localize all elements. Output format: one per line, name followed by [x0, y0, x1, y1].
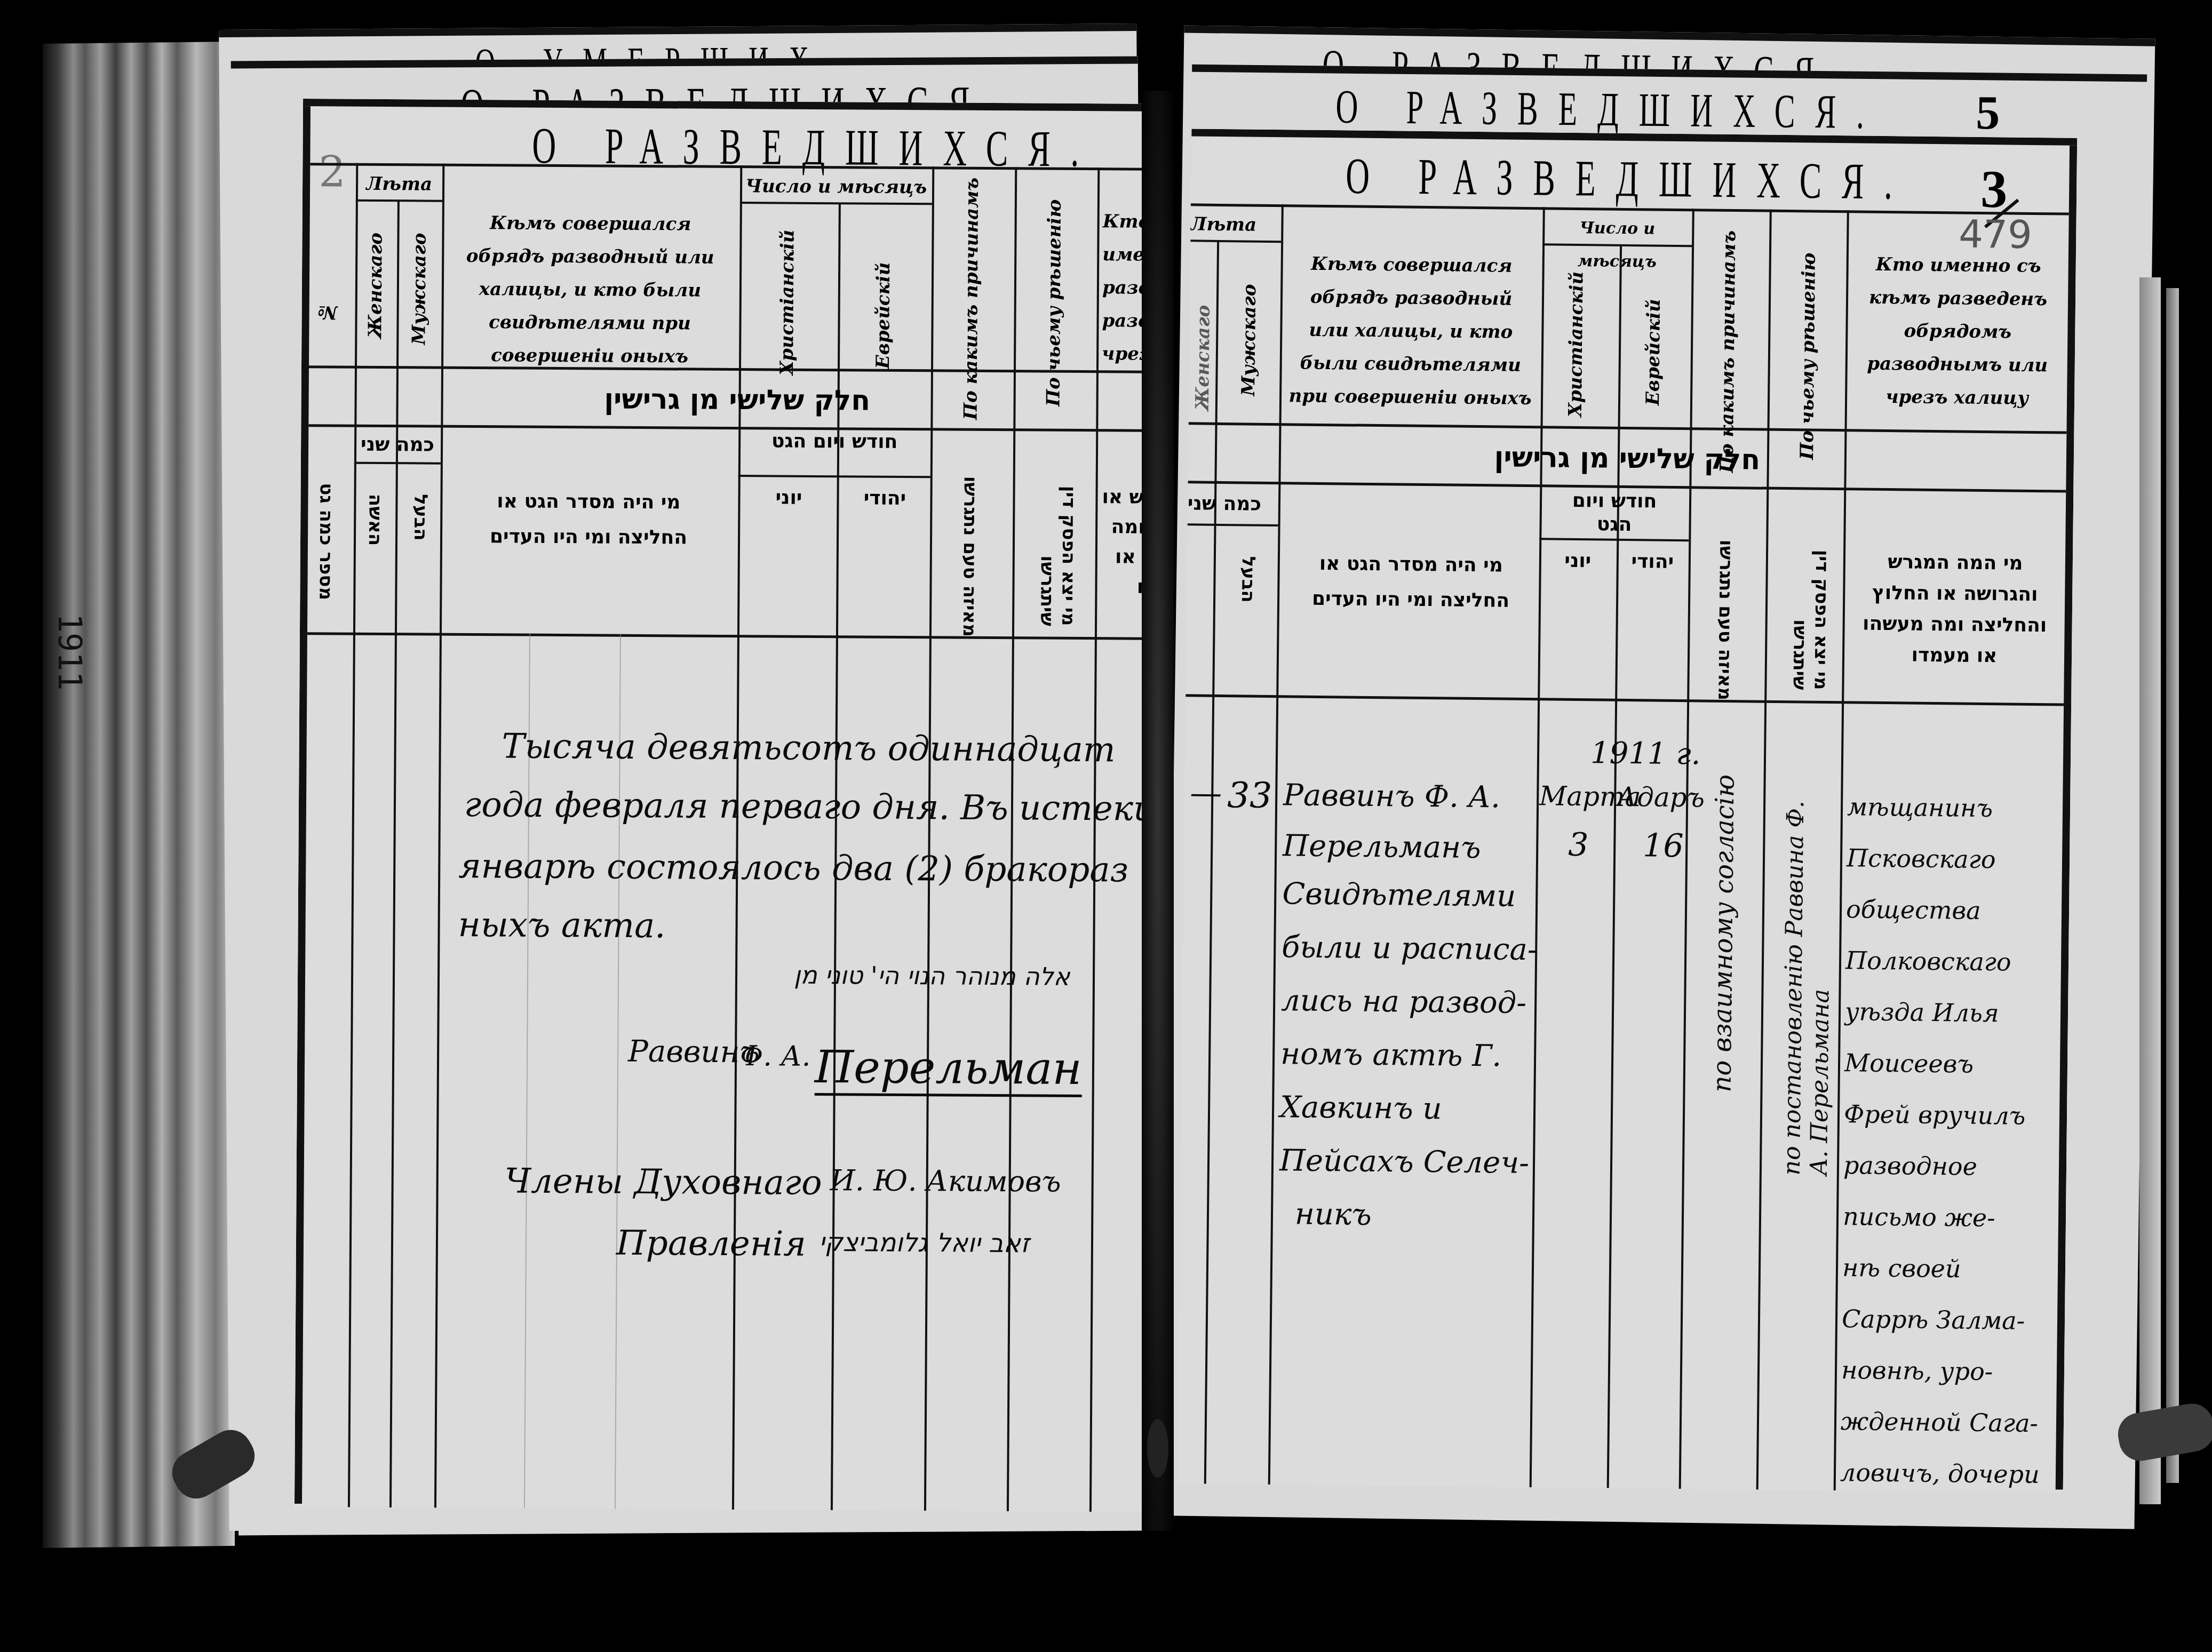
- margin-note: 1911: [51, 613, 88, 691]
- entry-who-line: ловичъ, дочери: [1840, 1447, 2054, 1493]
- entry-line: ныхъ акта.: [458, 905, 665, 946]
- he-header-husband: הבעל: [410, 494, 432, 541]
- he-header-date-group: חודש ויום הגט: [1555, 489, 1673, 537]
- header-male: Мужскаго: [408, 233, 430, 345]
- hebrew-note: אלה מנוהר הנוי הי' טוני מן: [794, 961, 1070, 991]
- header-reasons: По какимъ причинамъ: [960, 178, 983, 420]
- header-by-whom: Кѣмъ совершался обрядъ разводный или хал…: [451, 206, 729, 373]
- entry-officiant-line: Хавкинъ и: [1280, 1090, 1442, 1126]
- signature-member-1: И. Ю. Акимовъ: [830, 1163, 1061, 1199]
- right-page-edge: [2166, 288, 2179, 1483]
- entry-age-male: 33: [1227, 775, 1272, 816]
- entry-who-block: мѣщанинъ Псковскаго общества Полковскаго…: [1839, 781, 2061, 1493]
- header-by-whom: Кѣмъ совершался обрядъ разводный или хал…: [1287, 247, 1534, 415]
- left-page: 2 О РАЗВЕДШИХСЯ. № Лѣта Женскаго Мужскаг…: [295, 99, 1167, 1512]
- entry-who-line: Саррѣ Залма-: [1842, 1293, 2056, 1346]
- entry-who-line: Псковскаго: [1847, 832, 2060, 885]
- book-block-edge: [43, 42, 235, 1548]
- entry-jewish-month: Адаръ: [1617, 781, 1705, 813]
- header-decision: По чьему рѣшенію: [1796, 252, 1820, 460]
- entry-who-line: уѣзда Илья: [1845, 986, 2059, 1039]
- he-header-reason: מאיזה טעם נתגרשו: [1714, 540, 1737, 701]
- signature-rabbi: Перельман: [815, 1041, 1082, 1097]
- header-jewish: Еврейскій: [1642, 299, 1665, 405]
- header-age-group: Лѣта: [1190, 208, 1255, 241]
- entry-officiant-line: Пейсахъ Селеч-: [1279, 1143, 1530, 1180]
- he-header-number: מספר כמה גט: [315, 483, 337, 600]
- entry-line: январѣ состоялось два (2) бракораз: [458, 847, 1129, 890]
- book-gutter: [1142, 91, 1174, 1531]
- signature-member-2: זאב יואל גלומביצקי: [819, 1227, 1030, 1258]
- entry-who-line: разводное: [1843, 1139, 2057, 1193]
- entry-jewish-day: 16: [1643, 827, 1684, 865]
- entry-who-line: новнѣ, уро-: [1841, 1344, 2055, 1398]
- entry-reason: по взаимному согласію: [1707, 775, 1740, 1092]
- members-label-2: Правленія: [616, 1224, 806, 1264]
- page-title: О РАЗВЕДШИХСЯ.: [1346, 147, 1913, 212]
- entry-officiant-line: никъ: [1295, 1197, 1372, 1233]
- header-christian: Христіанскій: [776, 230, 799, 376]
- entry-line: Тысяча девятьсотъ одиннадцат: [502, 727, 1115, 770]
- entry-who-line: Моисеевъ: [1844, 1037, 2058, 1090]
- entry-line: года февраля первагo дня. Въ истекш: [464, 785, 1166, 829]
- entry-who-line: Фрей вручилъ: [1844, 1088, 2058, 1142]
- he-header-decision: מי יצא הפסק דין שיתגרשו: [1788, 540, 1833, 690]
- right-page: О РАЗВЕДШИХСЯ. 3 479 Лѣта Женскаго Мужск…: [1177, 129, 2078, 1493]
- entry-year: 1911 г.: [1590, 736, 1701, 771]
- he-header-by-whom: מי היה מסדר הגט או החליצה ומי היו העדים: [460, 484, 717, 556]
- entry-who-line: письмо же-: [1843, 1191, 2057, 1244]
- entry-officiant-line: Раввинъ Ф. А.: [1283, 778, 1500, 815]
- entry-officiant-line: были и расписа-: [1282, 930, 1538, 967]
- hebrew-section-title: חלק שלישי מן גרישין: [1188, 438, 2067, 479]
- members-label: Члены Духовнаго: [504, 1161, 822, 1203]
- hebrew-section-title: חלק שלישי מן גרישין: [308, 381, 1165, 419]
- he-header-reason: מאיזה טעם נתגרשו: [959, 476, 981, 637]
- right-page-edge: [2139, 277, 2161, 1504]
- he-header-who: מי המה המגרש והגרושה או החלוץ והחליצה ומ…: [1850, 546, 2059, 672]
- header-age-group: Лѣта: [356, 167, 442, 201]
- header-christian: Христіанскій: [1565, 272, 1588, 417]
- entry-officiant-line: лись на развод-: [1281, 983, 1527, 1020]
- he-header-date-group: חודש ויום הגט: [770, 429, 898, 453]
- entry-officiant-line: номъ актѣ Г.: [1280, 1036, 1502, 1073]
- entry-decision: по постановленію Раввина Ф. А. Перельман…: [1778, 770, 1841, 1176]
- header-jewish: Еврейскій: [872, 262, 894, 369]
- header-female: Женскаго: [364, 233, 386, 339]
- he-header-jewish: יהודי: [1617, 544, 1689, 580]
- he-header-age-group: כמה שני: [1188, 486, 1274, 522]
- header-date-group: Число и мѣсяцъ: [740, 170, 932, 204]
- he-header-greek: יוני: [1539, 543, 1617, 579]
- pencil-mark: 2: [319, 147, 346, 196]
- he-header-greek: יוני: [743, 480, 834, 516]
- entry-officiant-line: Перельманъ: [1283, 828, 1481, 865]
- he-header-decision: מי יצא הפסק דין שיתגרשו: [1036, 476, 1080, 626]
- entry-who-line: нѣ своей: [1842, 1242, 2056, 1295]
- header-who-divorced: Кто именно съ кѣмъ разведенъ обрядомъ ра…: [1850, 248, 2065, 415]
- he-header-jewish: יהודי: [839, 481, 930, 516]
- header-date-group: Число и мѣсяцъ: [1542, 211, 1692, 279]
- he-header-wife: האשה: [364, 494, 386, 546]
- header-reasons: По какимъ причинамъ: [1716, 230, 1740, 473]
- entry-age-female: —: [1190, 774, 1222, 812]
- entry-who-line: жденной Сага-: [1841, 1395, 2055, 1449]
- entry-who-line: Полковскаго: [1845, 935, 2059, 988]
- entry-who-line: мѣщанинъ: [1847, 781, 2061, 834]
- signature-rabbi-initials: Ф. А.: [740, 1040, 811, 1073]
- he-header-husband: הבעל: [1237, 556, 1259, 603]
- entry-officiant-line: Свидѣтелями: [1282, 876, 1516, 914]
- entry-who-line: общества: [1846, 883, 2060, 937]
- header-number: №: [317, 301, 338, 323]
- header-female: Женскаго: [1192, 305, 1214, 411]
- he-header-age-group: כמה שני: [354, 427, 441, 463]
- binding-thread: [1147, 1419, 1168, 1478]
- page-number-behind: 5: [1976, 85, 2000, 140]
- header-decision: По чьему рѣшенію: [1043, 199, 1065, 407]
- entry-christian-day: 3: [1568, 826, 1589, 864]
- header-male: Мужскаго: [1238, 284, 1260, 396]
- he-header-by-whom: מי היה מסדר הגט או החליצה ומי היו העדים: [1293, 546, 1529, 619]
